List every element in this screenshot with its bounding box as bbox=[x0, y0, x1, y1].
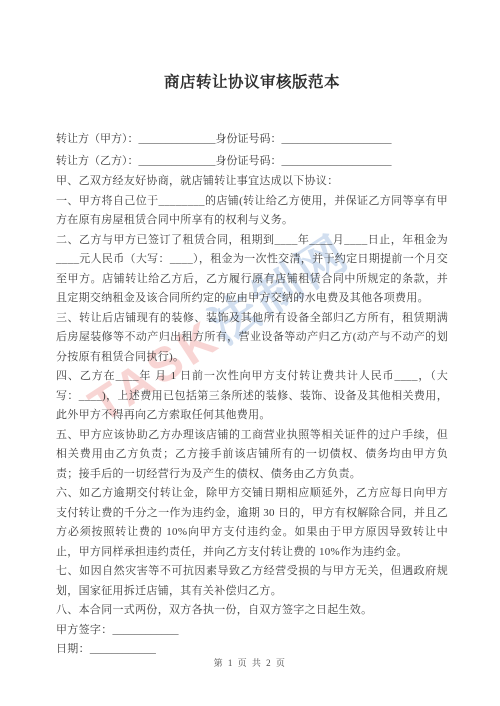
party-a-name-blank: ______________ bbox=[139, 133, 216, 145]
clause-5: 五、甲方应该协助乙方办理该店铺的工商营业执照等相关证件的过户手续，但相关费用由乙… bbox=[56, 426, 448, 485]
party-a-signature-line: 甲方签字：____________ bbox=[56, 621, 448, 641]
party-b-name-blank: ______________ bbox=[139, 155, 216, 167]
party-b-label: 转让方（乙方）： bbox=[56, 155, 139, 167]
date-blank: ____________ bbox=[90, 643, 156, 655]
page-number-footer: 第 1 页 共 2 页 bbox=[0, 656, 500, 669]
signature-label: 甲方签字： bbox=[56, 624, 113, 636]
clause-list: 一、甲方将自己位于________的店铺(转让给乙方使用，并保证乙方同等享有甲方… bbox=[56, 192, 448, 621]
party-a-id-label: 身份证号码： bbox=[216, 133, 282, 145]
clause-8: 八、本合同一式两份，双方各执一份，自双方签字之日起生效。 bbox=[56, 601, 448, 621]
clause-4: 四、乙方在____年 月 1 日前一次性向甲方支付转让费共计人民币____，（大… bbox=[56, 367, 448, 426]
date-label: 日期： bbox=[56, 643, 90, 655]
document-content: 商店转让协议审核版范本 转让方（甲方）：______________身份证号码：… bbox=[0, 0, 500, 660]
clause-7: 七、如因自然灾害等不可抗因素导致乙方经营受损的与甲方无关，但遇政府规划，国家征用… bbox=[56, 562, 448, 601]
signature-blank: ____________ bbox=[113, 624, 179, 636]
party-a-id-blank: ____________________ bbox=[282, 133, 392, 145]
clause-3: 三、转让后店铺现有的装修、装饰及其他所有设备全部归乙方所有，租赁期满后房屋装修等… bbox=[56, 309, 448, 368]
clause-2: 二、乙方与甲方已签订了租赁合同，租期到____年____月____日止，年租金为… bbox=[56, 231, 448, 309]
party-a-label: 转让方（甲方）： bbox=[56, 133, 139, 145]
document-title: 商店转让协议审核版范本 bbox=[56, 70, 448, 92]
party-a-line: 转让方（甲方）：______________身份证号码：____________… bbox=[56, 128, 448, 150]
clause-1: 一、甲方将自己位于________的店铺(转让给乙方使用，并保证乙方同等享有甲方… bbox=[56, 192, 448, 231]
clause-6: 六、如乙方逾期交付转让金，除甲方交铺日期相应顺延外，乙方应每日向甲方支付转让费的… bbox=[56, 484, 448, 562]
document-page: TASK法制网 商店转让协议审核版范本 转让方（甲方）：____________… bbox=[0, 0, 500, 706]
party-b-id-label: 身份证号码： bbox=[216, 155, 282, 167]
party-b-line: 转让方（乙方）：______________身份证号码：____________… bbox=[56, 150, 448, 172]
party-b-id-blank: ____________________ bbox=[282, 155, 392, 167]
agreement-intro: 甲、乙双方经友好协商，就店铺转让事宜达成以下协议： bbox=[56, 172, 448, 192]
